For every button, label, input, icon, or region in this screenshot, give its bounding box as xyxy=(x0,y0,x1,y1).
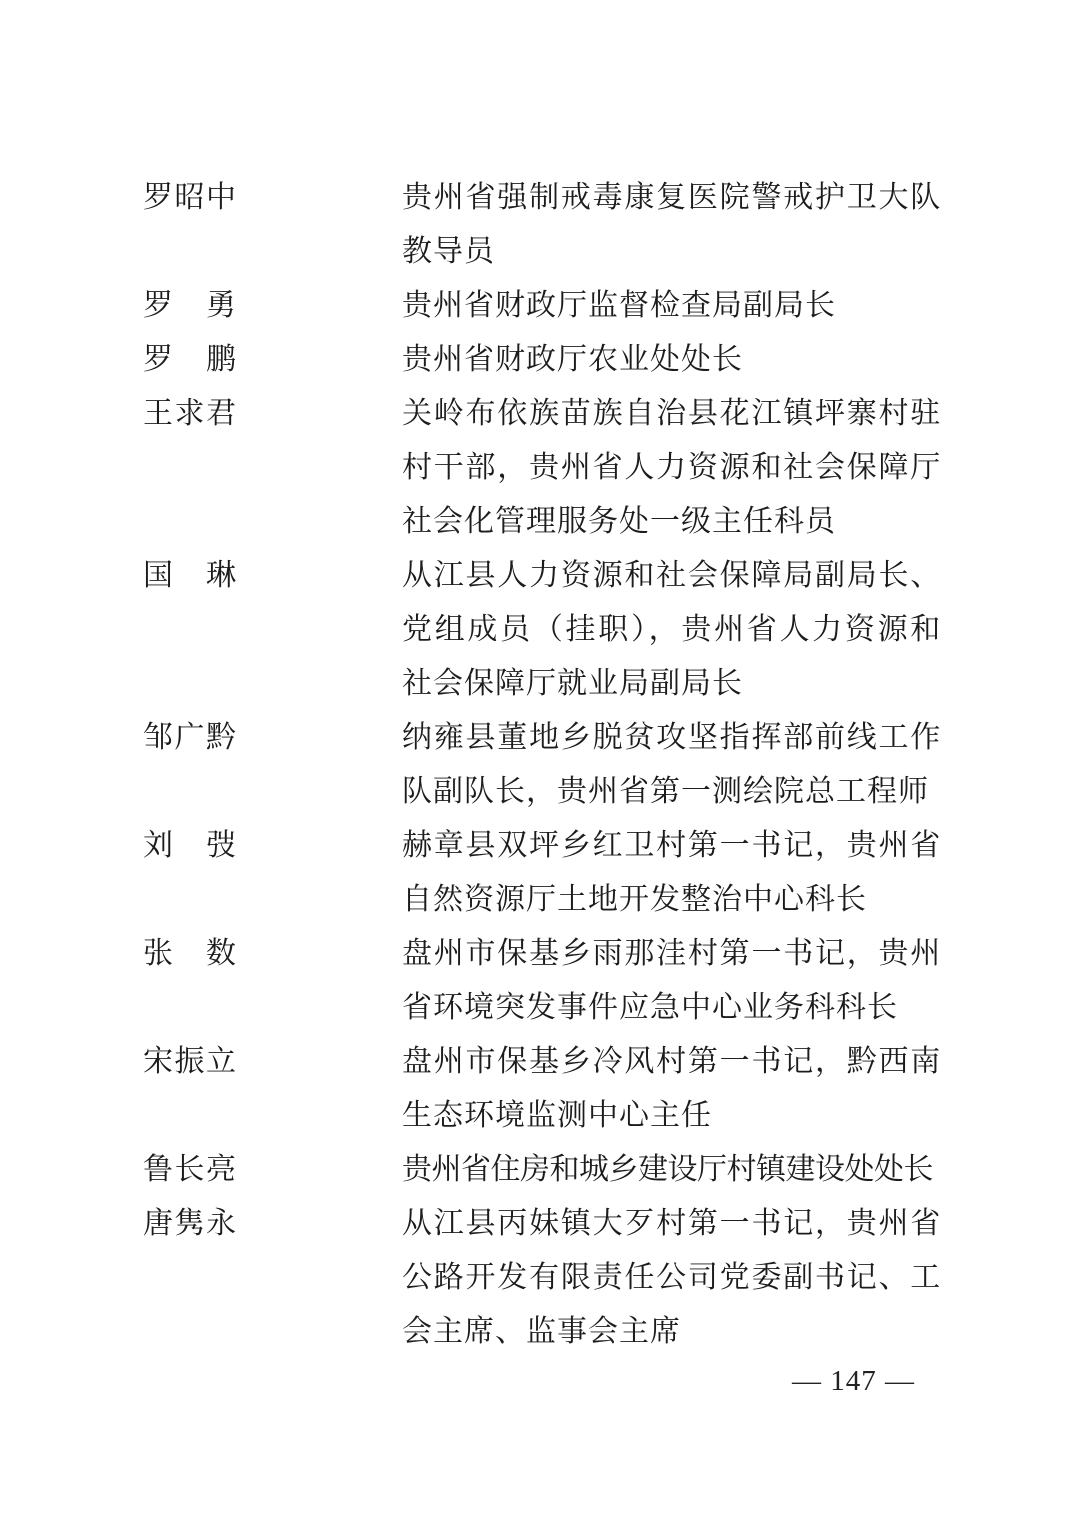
person-title-line: 省环境突发事件应急中心业务科科长 xyxy=(402,981,942,1035)
person-name-cell: 王求君 xyxy=(143,387,402,441)
entry-row: 宋振立盘州市保基乡冷风村第一书记，黔西南生态环境监测中心主任 xyxy=(143,1035,1080,1143)
page-number: — 147 — xyxy=(143,1361,915,1401)
person-title-line: 从江县人力资源和社会保障局副局长、 xyxy=(402,549,942,603)
entry-row: 鲁长亮贵州省住房和城乡建设厅村镇建设处处长 xyxy=(143,1143,1080,1197)
person-name: 张数 xyxy=(143,927,236,981)
person-title: 盘州市保基乡雨那洼村第一书记，贵州省环境突发事件应急中心业务科科长 xyxy=(402,927,942,1035)
person-title: 贵州省住房和城乡建设厅村镇建设处处长 xyxy=(402,1143,942,1197)
entry-row: 邹广黔纳雍县董地乡脱贫攻坚指挥部前线工作队副队长，贵州省第一测绘院总工程师 xyxy=(143,711,1080,819)
person-name-cell: 罗鹏 xyxy=(143,333,402,387)
entry-row: 王求君关岭布依族苗族自治县花江镇坪寨村驻村干部，贵州省人力资源和社会保障厅社会化… xyxy=(143,387,1080,549)
person-title: 贵州省财政厅农业处处长 xyxy=(402,333,942,387)
person-title: 从江县人力资源和社会保障局副局长、党组成员（挂职），贵州省人力资源和社会保障厅就… xyxy=(402,549,942,711)
person-title-line: 盘州市保基乡雨那洼村第一书记，贵州 xyxy=(402,927,942,981)
person-name: 罗鹏 xyxy=(143,333,236,387)
person-title-line: 公路开发有限责任公司党委副书记、工 xyxy=(402,1251,942,1305)
person-title-line: 贵州省财政厅监督检查局副局长 xyxy=(402,279,942,333)
person-title-line: 村干部，贵州省人力资源和社会保障厅 xyxy=(402,441,942,495)
entry-row: 张数盘州市保基乡雨那洼村第一书记，贵州省环境突发事件应急中心业务科科长 xyxy=(143,927,1080,1035)
person-name-cell: 罗昭中 xyxy=(143,171,402,225)
person-title: 赫章县双坪乡红卫村第一书记，贵州省自然资源厅土地开发整治中心科长 xyxy=(402,819,942,927)
person-name: 罗勇 xyxy=(143,279,236,333)
person-name: 鲁长亮 xyxy=(143,1143,236,1197)
person-name-cell: 罗勇 xyxy=(143,279,402,333)
person-title-line: 社会保障厅就业局副局长 xyxy=(402,657,942,711)
entry-row: 罗鹏贵州省财政厅农业处处长 xyxy=(143,333,1080,387)
person-name: 邹广黔 xyxy=(143,711,236,765)
person-title-line: 教导员 xyxy=(402,225,942,279)
entry-row: 刘弢赫章县双坪乡红卫村第一书记，贵州省自然资源厅土地开发整治中心科长 xyxy=(143,819,1080,927)
person-title-line: 会主席、监事会主席 xyxy=(402,1305,942,1359)
person-title-line: 贵州省强制戒毒康复医院警戒护卫大队 xyxy=(402,171,942,225)
entry-row: 罗昭中贵州省强制戒毒康复医院警戒护卫大队教导员 xyxy=(143,171,1080,279)
person-title-line: 盘州市保基乡冷风村第一书记，黔西南 xyxy=(402,1035,942,1089)
person-name: 王求君 xyxy=(143,387,236,441)
person-title: 贵州省财政厅监督检查局副局长 xyxy=(402,279,942,333)
person-title-line: 赫章县双坪乡红卫村第一书记，贵州省 xyxy=(402,819,942,873)
person-title-line: 自然资源厅土地开发整治中心科长 xyxy=(402,873,942,927)
person-title-line: 从江县丙妹镇大歹村第一书记，贵州省 xyxy=(402,1197,942,1251)
person-title-line: 纳雍县董地乡脱贫攻坚指挥部前线工作 xyxy=(402,711,942,765)
person-title-line: 队副队长，贵州省第一测绘院总工程师 xyxy=(402,765,942,819)
entries-list: 罗昭中贵州省强制戒毒康复医院警戒护卫大队教导员罗勇贵州省财政厅监督检查局副局长罗… xyxy=(143,171,1080,1359)
person-name: 罗昭中 xyxy=(143,171,236,225)
person-title: 纳雍县董地乡脱贫攻坚指挥部前线工作队副队长，贵州省第一测绘院总工程师 xyxy=(402,711,942,819)
person-name-cell: 鲁长亮 xyxy=(143,1143,402,1197)
person-title: 盘州市保基乡冷风村第一书记，黔西南生态环境监测中心主任 xyxy=(402,1035,942,1143)
person-title: 从江县丙妹镇大歹村第一书记，贵州省公路开发有限责任公司党委副书记、工会主席、监事… xyxy=(402,1197,942,1359)
document-page: 罗昭中贵州省强制戒毒康复医院警戒护卫大队教导员罗勇贵州省财政厅监督检查局副局长罗… xyxy=(0,0,1080,1527)
person-name-cell: 宋振立 xyxy=(143,1035,402,1089)
person-name: 国琳 xyxy=(143,549,236,603)
person-title-line: 贵州省住房和城乡建设厅村镇建设处处长 xyxy=(402,1143,942,1197)
person-name-cell: 国琳 xyxy=(143,549,402,603)
person-name: 唐隽永 xyxy=(143,1197,236,1251)
person-title-line: 党组成员（挂职），贵州省人力资源和 xyxy=(402,603,942,657)
entry-row: 唐隽永从江县丙妹镇大歹村第一书记，贵州省公路开发有限责任公司党委副书记、工会主席… xyxy=(143,1197,1080,1359)
person-name: 宋振立 xyxy=(143,1035,236,1089)
person-title-line: 社会化管理服务处一级主任科员 xyxy=(402,495,942,549)
person-title: 关岭布依族苗族自治县花江镇坪寨村驻村干部，贵州省人力资源和社会保障厅社会化管理服… xyxy=(402,387,942,549)
person-title: 贵州省强制戒毒康复医院警戒护卫大队教导员 xyxy=(402,171,942,279)
entry-row: 国琳从江县人力资源和社会保障局副局长、党组成员（挂职），贵州省人力资源和社会保障… xyxy=(143,549,1080,711)
person-name-cell: 唐隽永 xyxy=(143,1197,402,1251)
person-title-line: 贵州省财政厅农业处处长 xyxy=(402,333,942,387)
person-title-line: 生态环境监测中心主任 xyxy=(402,1089,942,1143)
person-name-cell: 张数 xyxy=(143,927,402,981)
person-name: 刘弢 xyxy=(143,819,236,873)
person-title-line: 关岭布依族苗族自治县花江镇坪寨村驻 xyxy=(402,387,942,441)
entry-row: 罗勇贵州省财政厅监督检查局副局长 xyxy=(143,279,1080,333)
person-name-cell: 邹广黔 xyxy=(143,711,402,765)
person-name-cell: 刘弢 xyxy=(143,819,402,873)
